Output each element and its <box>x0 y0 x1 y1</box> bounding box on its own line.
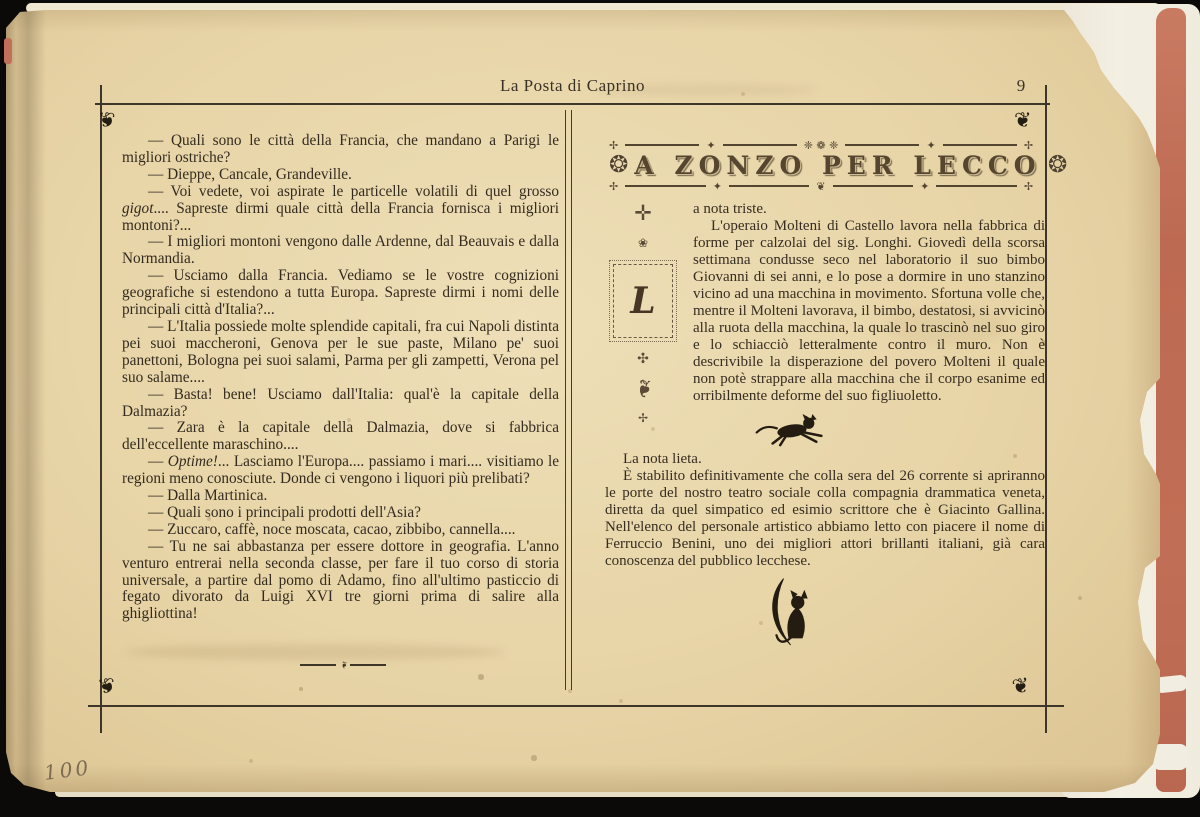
paragraph: — Voi vedete, voi aspirate le particelle… <box>122 184 559 235</box>
divider-ornament-icon: ❧ <box>338 661 348 669</box>
page-header-title: La Posta di Caprino <box>95 76 1050 96</box>
drop-cap-ornament: ✛ ❀ L ✣ ❧ ✢ <box>605 203 681 429</box>
paper-specks <box>6 10 8 12</box>
sitting-cat-illustration <box>757 575 1045 655</box>
newspaper-page: ❦ ❦ ❦ ❦ La Posta di Caprino 9 — Quali so… <box>6 10 1160 792</box>
corner-fleuron-icon: ❦ <box>1011 675 1031 698</box>
paragraph: — Zuccaro, caffè, noce moscata, cacao, z… <box>122 522 559 539</box>
banner-side-ornament-icon: ❂ <box>1048 154 1067 177</box>
paragraph: — Tu ne sai abbastanza per essere dottor… <box>122 539 559 624</box>
red-cover-sliver <box>4 38 12 64</box>
article-title: A ZONZO PER LECCO <box>634 157 1041 174</box>
drop-cap-letter: L <box>630 283 655 319</box>
banner-bottom-ornament: ✢ ✦ ❦ ✦ ✢ <box>609 179 1033 193</box>
article-title-banner: ✢ ✦ ❈ ❁ ❈ ✦ ✢ ❂ A ZONZO PER LECCO ❂ ✢ <box>609 138 1033 193</box>
left-column: — Quali sono le città della Francia, che… <box>122 133 559 623</box>
handwritten-folio-number: 100 <box>43 755 93 785</box>
left-border-rule <box>100 85 102 733</box>
paragraph: — L'Italia possiede molte splendide capi… <box>122 319 559 387</box>
drop-cap-frame: L <box>613 264 673 338</box>
paragraph: — Dieppe, Cancale, Grandeville. <box>122 167 559 184</box>
running-cat-illustration <box>755 412 1045 448</box>
paragraph: — Quali sono le città della Francia, che… <box>122 133 559 167</box>
paragraph: — I migliori montoni vengono dalle Arden… <box>122 234 559 268</box>
page-number: 9 <box>996 76 1046 96</box>
banner-side-ornament-icon: ❂ <box>609 154 628 177</box>
paragraph: — Quali sono i principali prodotti dell'… <box>122 505 559 522</box>
paragraph: — Usciamo dalla Francia. Vediamo se le v… <box>122 268 559 319</box>
paragraph: — Optime!... Lasciamo l'Europa.... passi… <box>122 454 559 488</box>
banner-top-ornament: ✢ ✦ ❈ ❁ ❈ ✦ ✢ <box>609 138 1033 152</box>
paragraph: È stabilito definitivamente che colla se… <box>605 468 1045 570</box>
column-divider-rule <box>565 110 572 690</box>
torn-paper-patch <box>1152 744 1188 770</box>
section-divider: ❧ <box>300 660 386 670</box>
right-border-rule <box>1045 85 1047 733</box>
paragraph: — Dalla Martinica. <box>122 488 559 505</box>
header-rule <box>95 103 1050 105</box>
corner-fleuron-icon: ❦ <box>98 110 116 131</box>
footer-rule <box>88 705 1064 707</box>
corner-fleuron-icon: ❦ <box>96 675 117 699</box>
paper-stain <box>126 644 506 660</box>
right-column-paragraphs-bottom: La nota lieta.È stabilito definitivament… <box>605 451 1045 570</box>
paragraph: — Basta! bene! Usciamo dall'Italia: qual… <box>122 387 559 421</box>
paragraph: — Zara è la capitale della Dalmazia, dov… <box>122 420 559 454</box>
photographed-open-periodical: ❦ ❦ ❦ ❦ La Posta di Caprino 9 — Quali so… <box>0 0 1200 817</box>
right-column: ✢ ✦ ❈ ❁ ❈ ✦ ✢ ❂ A ZONZO PER LECCO ❂ ✢ <box>605 128 1045 655</box>
paragraph: La nota lieta. <box>605 451 1045 468</box>
